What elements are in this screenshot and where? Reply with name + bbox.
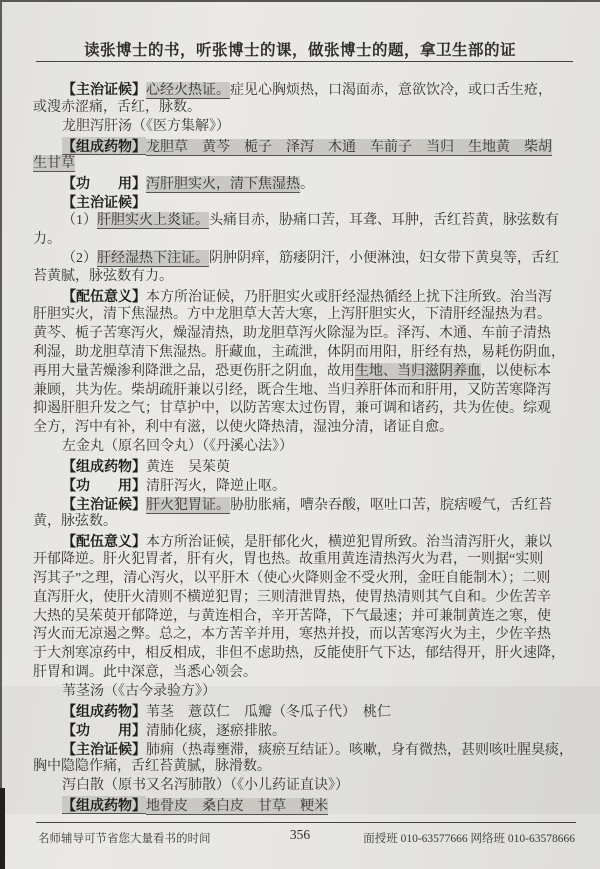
text-run: 肺痈（热毒壅滞，痰瘀互结证）。咳嗽，身有微热，甚则咳吐腥臭痰， — [146, 743, 573, 758]
text-line: 泻火而无凉遏之弊。总之，本方苦辛并用，寒热并投，而以苦寒泻火为主，少佐辛热 — [33, 626, 581, 645]
text-line: （2）肝经湿热下注证。阴肿阴痒，筋痿阴汗，小便淋浊，妇女带下黄臭等，舌红 — [33, 250, 581, 269]
text-line: 大热的吴茱萸开郁降逆，与黄连相合，辛开苦降，下气最速；并可兼制黄连之寒，使 — [33, 608, 581, 627]
highlighted-phrase: 地骨皮 桑白皮 甘草 粳米 — [146, 798, 328, 815]
text-run: 左金丸（原名回令丸）（《丹溪心法》） — [62, 439, 293, 454]
text-run: 苔黄腻，脉弦数有力。 — [33, 269, 173, 284]
text-run: 肝胆实火，清下焦湿热。方中龙胆草大苦大寒，上泻肝胆实火，下清肝经湿热为君。 — [33, 307, 551, 322]
text-run: 苇茎 薏苡仁 瓜瓣（冬瓜子代） 桃仁 — [146, 705, 391, 720]
text-line: 【组成药物】龙胆草 黄芩 栀子 泽泻 木通 车前子 当归 生地黄 柴胡 — [33, 137, 581, 156]
text-line: 抑遏肝胆升发之气；甘草护中，以防苦寒太过伤胃，兼可调和诸药，共为佐使。综观 — [33, 400, 581, 419]
highlighted-section-label: 【组成药物】 — [62, 796, 146, 814]
text-run: 力。 — [33, 232, 61, 247]
text-run: 泻火而无凉遏之弊。总之，本方苦辛并用，寒热并投，而以苦寒泻火为主，少佐辛热 — [33, 627, 551, 642]
text-line: 【组成药物】地骨皮 桑白皮 甘草 粳米 — [33, 796, 581, 815]
section-label: 【功 用】 — [62, 722, 146, 738]
text-line: 泻白散（原书又名泻肺散）（《小儿药证直诀》） — [33, 777, 581, 796]
text-line: 再用大量苦燥渗利降泄之品，恐更伤肝之阴血，故用生地、当归滋阴养血，以使标本 — [33, 363, 581, 382]
highlighted-phrase: 生地、当归滋阴养血 — [355, 363, 481, 380]
text-run: 阴肿阴痒，筋痿阴汗，小便淋浊，妇女带下黄臭等，舌红 — [209, 251, 559, 266]
text-run: 于大剂寒凉药中，相反相成，非但不虑助热，反能使肝气下达，郁结得开，肝火速降， — [33, 646, 565, 661]
text-line: 苔黄腻，脉弦数有力。 — [33, 268, 581, 287]
text-run: 苇茎汤（《古今录验方》） — [62, 684, 216, 699]
text-line: 于大剂寒凉药中，相反相成，非但不虑助热，反能使肝气下达，郁结得开，肝火速降， — [33, 645, 581, 664]
text-line: 【组成药物】苇茎 薏苡仁 瓜瓣（冬瓜子代） 桃仁 — [33, 702, 581, 721]
section-label: 【功 用】 — [62, 175, 146, 191]
text-line: 【功 用】清肺化痰，逐瘀排脓。 — [33, 721, 581, 740]
text-line: 胸中隐隐作痛，舌红苔黄腻，脉滑数。 — [33, 758, 581, 777]
text-line: 或溲赤涩痛，舌红，脉数。 — [33, 99, 581, 118]
highlighted-phrase: 肝胆实火上炎证。 — [97, 212, 209, 229]
text-run: 泻其子”之理，清心泻火，以平肝木（使心火降则金不受火刑，金旺自能制木）；二则 — [33, 571, 550, 586]
text-line: 左金丸（原名回令丸）（《丹溪心法》） — [33, 438, 581, 457]
section-label: 【配伍意义】 — [62, 533, 146, 549]
text-run: 或溲赤涩痛，舌红，脉数。 — [33, 100, 201, 115]
text-run: 头痛目赤，胁痛口苦，耳聋、耳肿，舌红苔黄，脉弦数有 — [209, 213, 559, 228]
text-line: 【组成药物】黄连 吴茱萸 — [33, 457, 581, 476]
text-line: 【功 用】泻肝胆实火，清下焦湿热。 — [33, 174, 581, 193]
section-label: 【主治证候】 — [62, 81, 146, 97]
text-line: 苇茎汤（《古今录验方》） — [33, 683, 581, 702]
highlighted-phrase: 肝火犯胃证。 — [146, 497, 230, 514]
text-block: 【主治证候】心经火热证。症见心胸烦热，口渴面赤，意欲饮冷，或口舌生疮，或溲赤涩痛… — [33, 80, 581, 815]
text-run: 本方所治证候，是肝郁化火，横逆犯胃所致。治当清泻肝火，兼以 — [146, 535, 552, 550]
text-line: 【主治证候】肺痈（热毒壅滞，痰瘀互结证）。咳嗽，身有微热，甚则咳吐腥臭痰， — [33, 740, 581, 759]
text-run: 直泻肝火，使肝火清则不横逆犯胃；三则清泄胃热，使胃热清则其气自和。少佐苦辛 — [33, 590, 551, 605]
text-line: 开郁降逆。肝火犯胃者，肝有火，胃也热。故重用黄连清热泻火为君，一则据“实则 — [33, 551, 581, 570]
section-label: 【功 用】 — [62, 477, 146, 493]
section-label: 【组成药物】 — [62, 703, 146, 719]
text-line: 力。 — [33, 231, 581, 250]
text-line: 龙胆泻肝汤（《医方集解》） — [33, 118, 581, 137]
text-line: 生甘草 — [33, 155, 581, 174]
text-line: 兼顾，共为佐。柴胡疏肝兼以引经，既合生地、当归养肝体而和肝用，又防苦寒降泻 — [33, 382, 581, 401]
text-run: 胁肋胀痛，嘈杂吞酸，呕吐口苦，脘痞嗳气，舌红苔 — [230, 498, 552, 513]
text-run: 大热的吴茱萸开郁降逆，与黄连相合，辛开苦降，下气最速；并可兼制黄连之寒，使 — [33, 609, 551, 624]
text-run: 本方所治证候，乃肝胆实火或肝经湿热循经上扰下注所致。治当泻 — [146, 290, 552, 305]
highlighted-section-label: 【组成药物】 — [62, 137, 146, 155]
header-rule — [36, 61, 573, 62]
highlighted-phrase: 生甘草 — [33, 155, 75, 172]
footer-left-note: 名师辅导可节省您大量看书的时间 — [38, 830, 211, 846]
highlighted-phrase: 泻肝胆实火，清下焦湿热 — [146, 176, 300, 193]
text-line: 泻其子”之理，清心泻火，以平肝木（使心火降则金不受火刑，金旺自能制木）；二则 — [33, 570, 581, 589]
text-run: 黄连 吴茱萸 — [146, 460, 230, 475]
scan-edge-left — [0, 0, 2, 869]
section-label: 【组成药物】 — [62, 458, 146, 474]
text-line: （1）肝胆实火上炎证。头痛目赤，胁痛口苦，耳聋、耳肿，舌红苔黄，脉弦数有 — [33, 212, 581, 231]
footer-rule — [36, 822, 576, 823]
text-run: 抑遏肝胆升发之气；甘草护中，以防苦寒太过伤胃，兼可调和诸药，共为佐使。综观 — [33, 401, 551, 416]
text-line: 【配伍意义】本方所治证候，是肝郁化火，横逆犯胃所致。治当清泻肝火，兼以 — [33, 532, 581, 551]
highlighted-phrase: 肝经湿热下注证。 — [97, 250, 209, 267]
text-line: 【主治证候】心经火热证。症见心胸烦热，口渴面赤，意欲饮冷，或口舌生疮， — [33, 80, 581, 99]
text-run: 全方，泻中有补，利中有滋，以使火降热清，湿浊分清，诸证自愈。 — [33, 420, 453, 435]
footer-contact-info: 面授班 010-63577666 网络班 010-63578666 — [363, 830, 575, 846]
text-run: 黄芩、栀子苦寒泻火，燥湿清热，助龙胆草泻火除湿为臣。泽泻、木通、车前子清热 — [33, 326, 551, 341]
text-line: 【主治证候】 — [33, 193, 581, 212]
text-line: 【功 用】清肝泻火，降逆止呕。 — [33, 476, 581, 495]
text-run: 黄，脉弦数。 — [33, 514, 117, 529]
scan-edge-artifact — [0, 788, 5, 869]
text-run: 再用大量苦燥渗利降泄之品，恐更伤肝之阴血，故用 — [33, 364, 355, 379]
text-run: 。 — [300, 177, 314, 192]
text-run: 胸中隐隐作痛，舌红苔黄腻，脉滑数。 — [33, 759, 271, 774]
text-run: 清肺化痰，逐瘀排脓。 — [146, 724, 286, 739]
highlighted-phrase: 心经火热证。 — [146, 82, 230, 99]
section-label: 【主治证候】 — [62, 496, 146, 512]
text-run: ，以使标本 — [481, 364, 551, 379]
section-label: 【主治证候】 — [62, 194, 146, 210]
text-run: 肝胃和调。此中深意，当悉心领会。 — [33, 665, 257, 680]
text-run: 龙胆泻肝汤（《医方集解》） — [62, 119, 230, 134]
highlighted-phrase: 龙胆草 黄芩 栀子 泽泻 木通 车前子 当归 生地黄 柴胡 — [146, 139, 552, 156]
scan-edge-top — [0, 0, 600, 2]
text-line: 利湿，助龙胆草清下焦湿热。肝藏血，主疏泄，体阴而用阳，肝经有热，易耗伤阴血， — [33, 344, 581, 363]
text-run: （2） — [62, 251, 97, 266]
section-label: 【主治证候】 — [62, 741, 146, 757]
text-run: 兼顾，共为佐。柴胡疏肝兼以引经，既合生地、当归养肝体而和肝用，又防苦寒降泻 — [33, 383, 551, 398]
text-line: 黄芩、栀子苦寒泻火，燥湿清热，助龙胆草泻火除湿为臣。泽泻、木通、车前子清热 — [33, 325, 581, 344]
text-run: 清肝泻火，降逆止呕。 — [146, 479, 286, 494]
text-line: 全方，泻中有补，利中有滋，以使火降热清，湿浊分清，诸证自愈。 — [33, 419, 581, 438]
text-run: （1） — [62, 213, 97, 228]
text-line: 肝胃和调。此中深意，当悉心领会。 — [33, 664, 581, 683]
text-line: 肝胆实火，清下焦湿热。方中龙胆草大苦大寒，上泻肝胆实火，下清肝经湿热为君。 — [33, 306, 581, 325]
text-run: 症见心胸烦热，口渴面赤，意欲饮冷，或口舌生疮， — [230, 83, 552, 98]
text-run: 泻白散（原书又名泻肺散）（《小儿药证直诀》） — [62, 778, 349, 793]
text-line: 黄，脉弦数。 — [33, 513, 581, 532]
page-number: 356 — [268, 827, 332, 843]
text-run: 利湿，助龙胆草清下焦湿热。肝藏血，主疏泄，体阴而用阳，肝经有热，易耗伤阴血， — [33, 345, 565, 360]
text-line: 直泻肝火，使肝火清则不横逆犯胃；三则清泄胃热，使胃热清则其气自和。少佐苦辛 — [33, 589, 581, 608]
header-slogan: 读张博士的书，听张博士的课，做张博士的题，拿卫生部的证 — [0, 38, 600, 60]
text-line: 【配伍意义】本方所治证候，乃肝胆实火或肝经湿热循经上扰下注所致。治当泻 — [33, 287, 581, 306]
text-run: 开郁降逆。肝火犯胃者，肝有火，胃也热。故重用黄连清热泻火为君，一则据“实则 — [33, 552, 543, 567]
section-label: 【配伍意义】 — [62, 288, 146, 304]
scanned-book-page: 读张博士的书，听张博士的课，做张博士的题，拿卫生部的证 【主治证候】心经火热证。… — [0, 0, 600, 869]
text-line: 【主治证候】肝火犯胃证。胁肋胀痛，嘈杂吞酸，呕吐口苦，脘痞嗳气，舌红苔 — [33, 495, 581, 514]
